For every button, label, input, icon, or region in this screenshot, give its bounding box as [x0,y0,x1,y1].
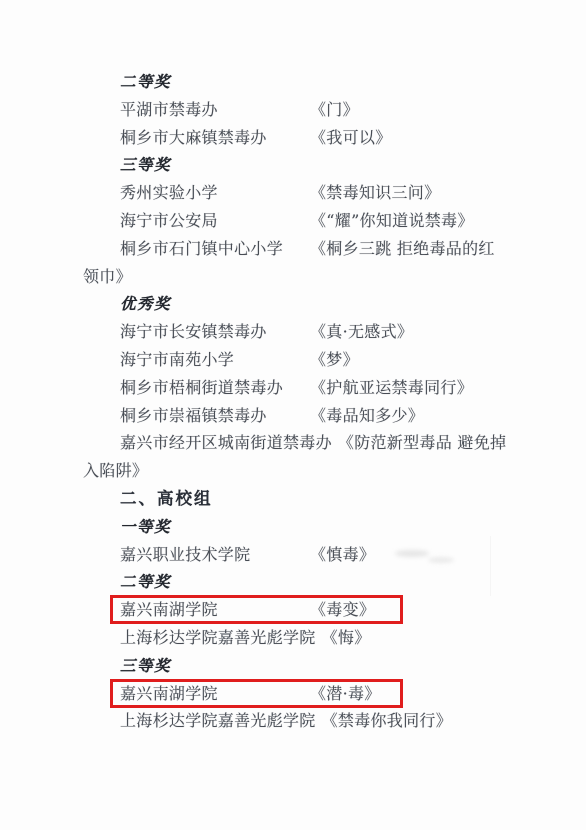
organization-name: 桐乡市石门镇中心小学 [120,235,310,263]
entry-title: 《潜·毒》 [310,684,381,703]
scan-artifact-line [490,536,491,596]
entry-title: 《毒品知多少》 [310,406,424,425]
organization-name: 海宁市南苑小学 [120,346,310,374]
entry-title: 《门》 [310,100,359,119]
organization-name: 海宁市公安局 [120,207,310,235]
award-row: 海宁市公安局《“耀”你知道说禁毒》 [83,207,556,235]
award-row: 桐乡市大麻镇禁毒办《我可以》 [83,124,556,152]
award-row: 海宁市长安镇禁毒办《真·无感式》 [83,318,556,346]
entry-title: 《悔》 [322,628,371,647]
award-row: 秀州实验小学《禁毒知识三问》 [83,179,556,207]
entry-title: 《梦》 [310,350,359,369]
organization-name: 上海杉达学院嘉善光彪学院 [120,624,322,652]
award-row: 桐乡市石门镇中心小学《桐乡三跳 拒绝毒品的红 [83,235,556,263]
entry-title: 《防范新型毒品 避免掉 [338,433,506,452]
award-row: 嘉兴南湖学院《毒变》 [83,596,556,624]
entry-title: 《禁毒你我同行》 [322,711,452,730]
entry-title: 《桐乡三跳 拒绝毒品的红 [310,239,495,258]
award-row: 嘉兴市经开区城南街道禁毒办《防范新型毒品 避免掉 [83,429,556,457]
award-row: 上海杉达学院嘉善光彪学院《禁毒你我同行》 [83,707,556,735]
award-row: 海宁市南苑小学《梦》 [83,346,556,374]
organization-name: 桐乡市梧桐街道禁毒办 [120,374,310,402]
scanned-document-page: 二等奖平湖市禁毒办《门》桐乡市大麻镇禁毒办《我可以》三等奖秀州实验小学《禁毒知识… [0,0,586,830]
organization-name: 海宁市长安镇禁毒办 [120,318,310,346]
organization-name: 桐乡市大麻镇禁毒办 [120,124,310,152]
text-block: 二等奖平湖市禁毒办《门》桐乡市大麻镇禁毒办《我可以》三等奖秀州实验小学《禁毒知识… [83,68,556,735]
award-row: 嘉兴职业技术学院《慎毒》 [83,541,556,569]
organization-name: 平湖市禁毒办 [120,96,310,124]
entry-title: 《护航亚运禁毒同行》 [310,378,473,397]
award-heading: 三等奖 [83,151,556,179]
award-row: 桐乡市崇福镇禁毒办《毒品知多少》 [83,402,556,430]
organization-name: 嘉兴南湖学院 [120,680,310,708]
organization-name: 嘉兴南湖学院 [120,596,310,624]
continuation-line: 领巾》 [83,263,556,291]
organization-name: 嘉兴市经开区城南街道禁毒办 [120,429,338,457]
organization-name: 桐乡市崇福镇禁毒办 [120,402,310,430]
award-row: 平湖市禁毒办《门》 [83,96,556,124]
award-heading: 二等奖 [83,568,556,596]
award-heading: 三等奖 [83,652,556,680]
section-heading: 二、高校组 [83,485,556,513]
entry-title: 《毒变》 [310,600,375,619]
scan-smudge [428,557,454,563]
organization-name: 嘉兴职业技术学院 [120,541,310,569]
award-heading: 一等奖 [83,513,556,541]
entry-title: 《“耀”你知道说禁毒》 [310,211,474,230]
scan-smudge [395,550,429,557]
award-heading: 二等奖 [83,68,556,96]
entry-title: 《慎毒》 [310,545,375,564]
award-row: 桐乡市梧桐街道禁毒办《护航亚运禁毒同行》 [83,374,556,402]
entry-title: 《真·无感式》 [310,322,413,341]
organization-name: 上海杉达学院嘉善光彪学院 [120,707,322,735]
entry-title: 《禁毒知识三问》 [310,183,440,202]
award-row: 上海杉达学院嘉善光彪学院《悔》 [83,624,556,652]
award-row: 嘉兴南湖学院《潜·毒》 [83,680,556,708]
award-heading: 优秀奖 [83,290,556,318]
continuation-line: 入陷阱》 [83,457,556,485]
entry-title: 《我可以》 [310,128,392,147]
organization-name: 秀州实验小学 [120,179,310,207]
